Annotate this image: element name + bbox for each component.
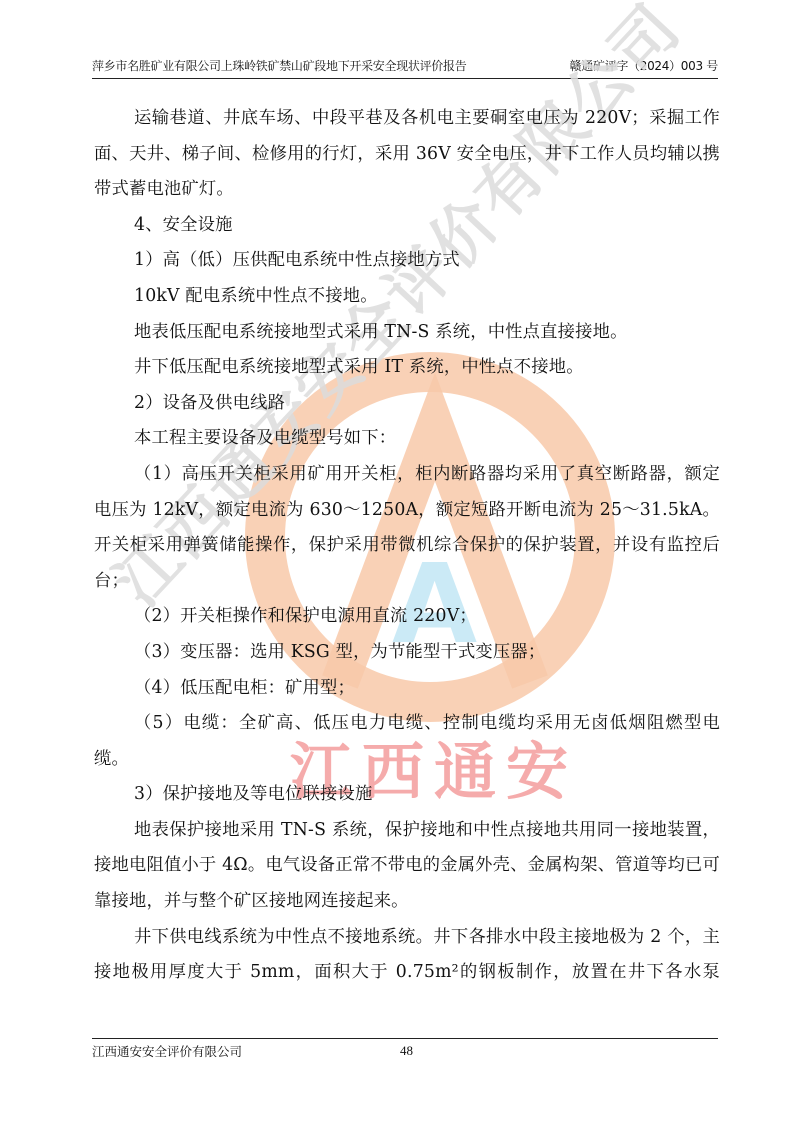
list-item-lv-cabinet: （4）低压配电柜：矿用型； (94, 671, 720, 707)
heading-safety-facilities: 4、安全设施 (94, 208, 720, 244)
list-item-cables: （5）电缆：全矿高、低压电力电缆、控制电缆均采用无卤低烟阻燃型电缆。 (94, 706, 720, 777)
report-title: 萍乡市名胜矿业有限公司上珠岭铁矿禁山矿段地下开采安全现状评价报告 (92, 57, 466, 74)
paragraph-surface-grounding: 地表保护接地采用 TN-S 系统，保护接地和中性点接地共用同一接地装置，接地电阻… (94, 813, 720, 920)
paragraph-equipment-intro: 本工程主要设备及电缆型号如下： (94, 421, 720, 457)
paragraph-lighting-voltage: 运输巷道、井底车场、中段平巷及各机电主要硐室电压为 220V；采掘工作面、天井、… (94, 101, 720, 208)
list-item-switchgear: （1）高压开关柜采用矿用开关柜，柜内断路器均采用了真空断路器，额定电压为 12k… (94, 457, 720, 599)
paragraph-underground-it: 井下低压配电系统接地型式采用 IT 系统，中性点不接地。 (94, 350, 720, 386)
document-body: 运输巷道、井底车场、中段平巷及各机电主要硐室电压为 220V；采掘工作面、天井、… (94, 101, 720, 991)
list-item-transformer: （3）变压器：选用 KSG 型，为节能型干式变压器； (94, 635, 720, 671)
paragraph-underground-grounding: 井下供电线系统为中性点不接地系统。井下各排水中段主接地极为 2 个，主接地极用厚… (94, 920, 720, 991)
subheading-neutral-grounding: 1）高（低）压供配电系统中性点接地方式 (94, 243, 720, 279)
paragraph-10kv: 10kV 配电系统中性点不接地。 (94, 279, 720, 315)
page-footer: 江西通安安全评价有限公司 48 (92, 1038, 718, 1060)
paragraph-surface-tns: 地表低压配电系统接地型式采用 TN-S 系统，中性点直接接地。 (94, 315, 720, 351)
subheading-protective-grounding: 3）保护接地及等电位联接设施 (94, 777, 720, 813)
footer-company: 江西通安安全评价有限公司 (92, 1044, 242, 1059)
list-item-dc-power: （2）开关柜操作和保护电源用直流 220V； (94, 599, 720, 635)
page-header: 萍乡市名胜矿业有限公司上珠岭铁矿禁山矿段地下开采安全现状评价报告 赣通矿评字（2… (92, 52, 718, 79)
page-number: 48 (400, 1043, 413, 1059)
report-number: 赣通矿评字（2024）003 号 (570, 57, 718, 74)
subheading-equipment-lines: 2）设备及供电线路 (94, 386, 720, 422)
